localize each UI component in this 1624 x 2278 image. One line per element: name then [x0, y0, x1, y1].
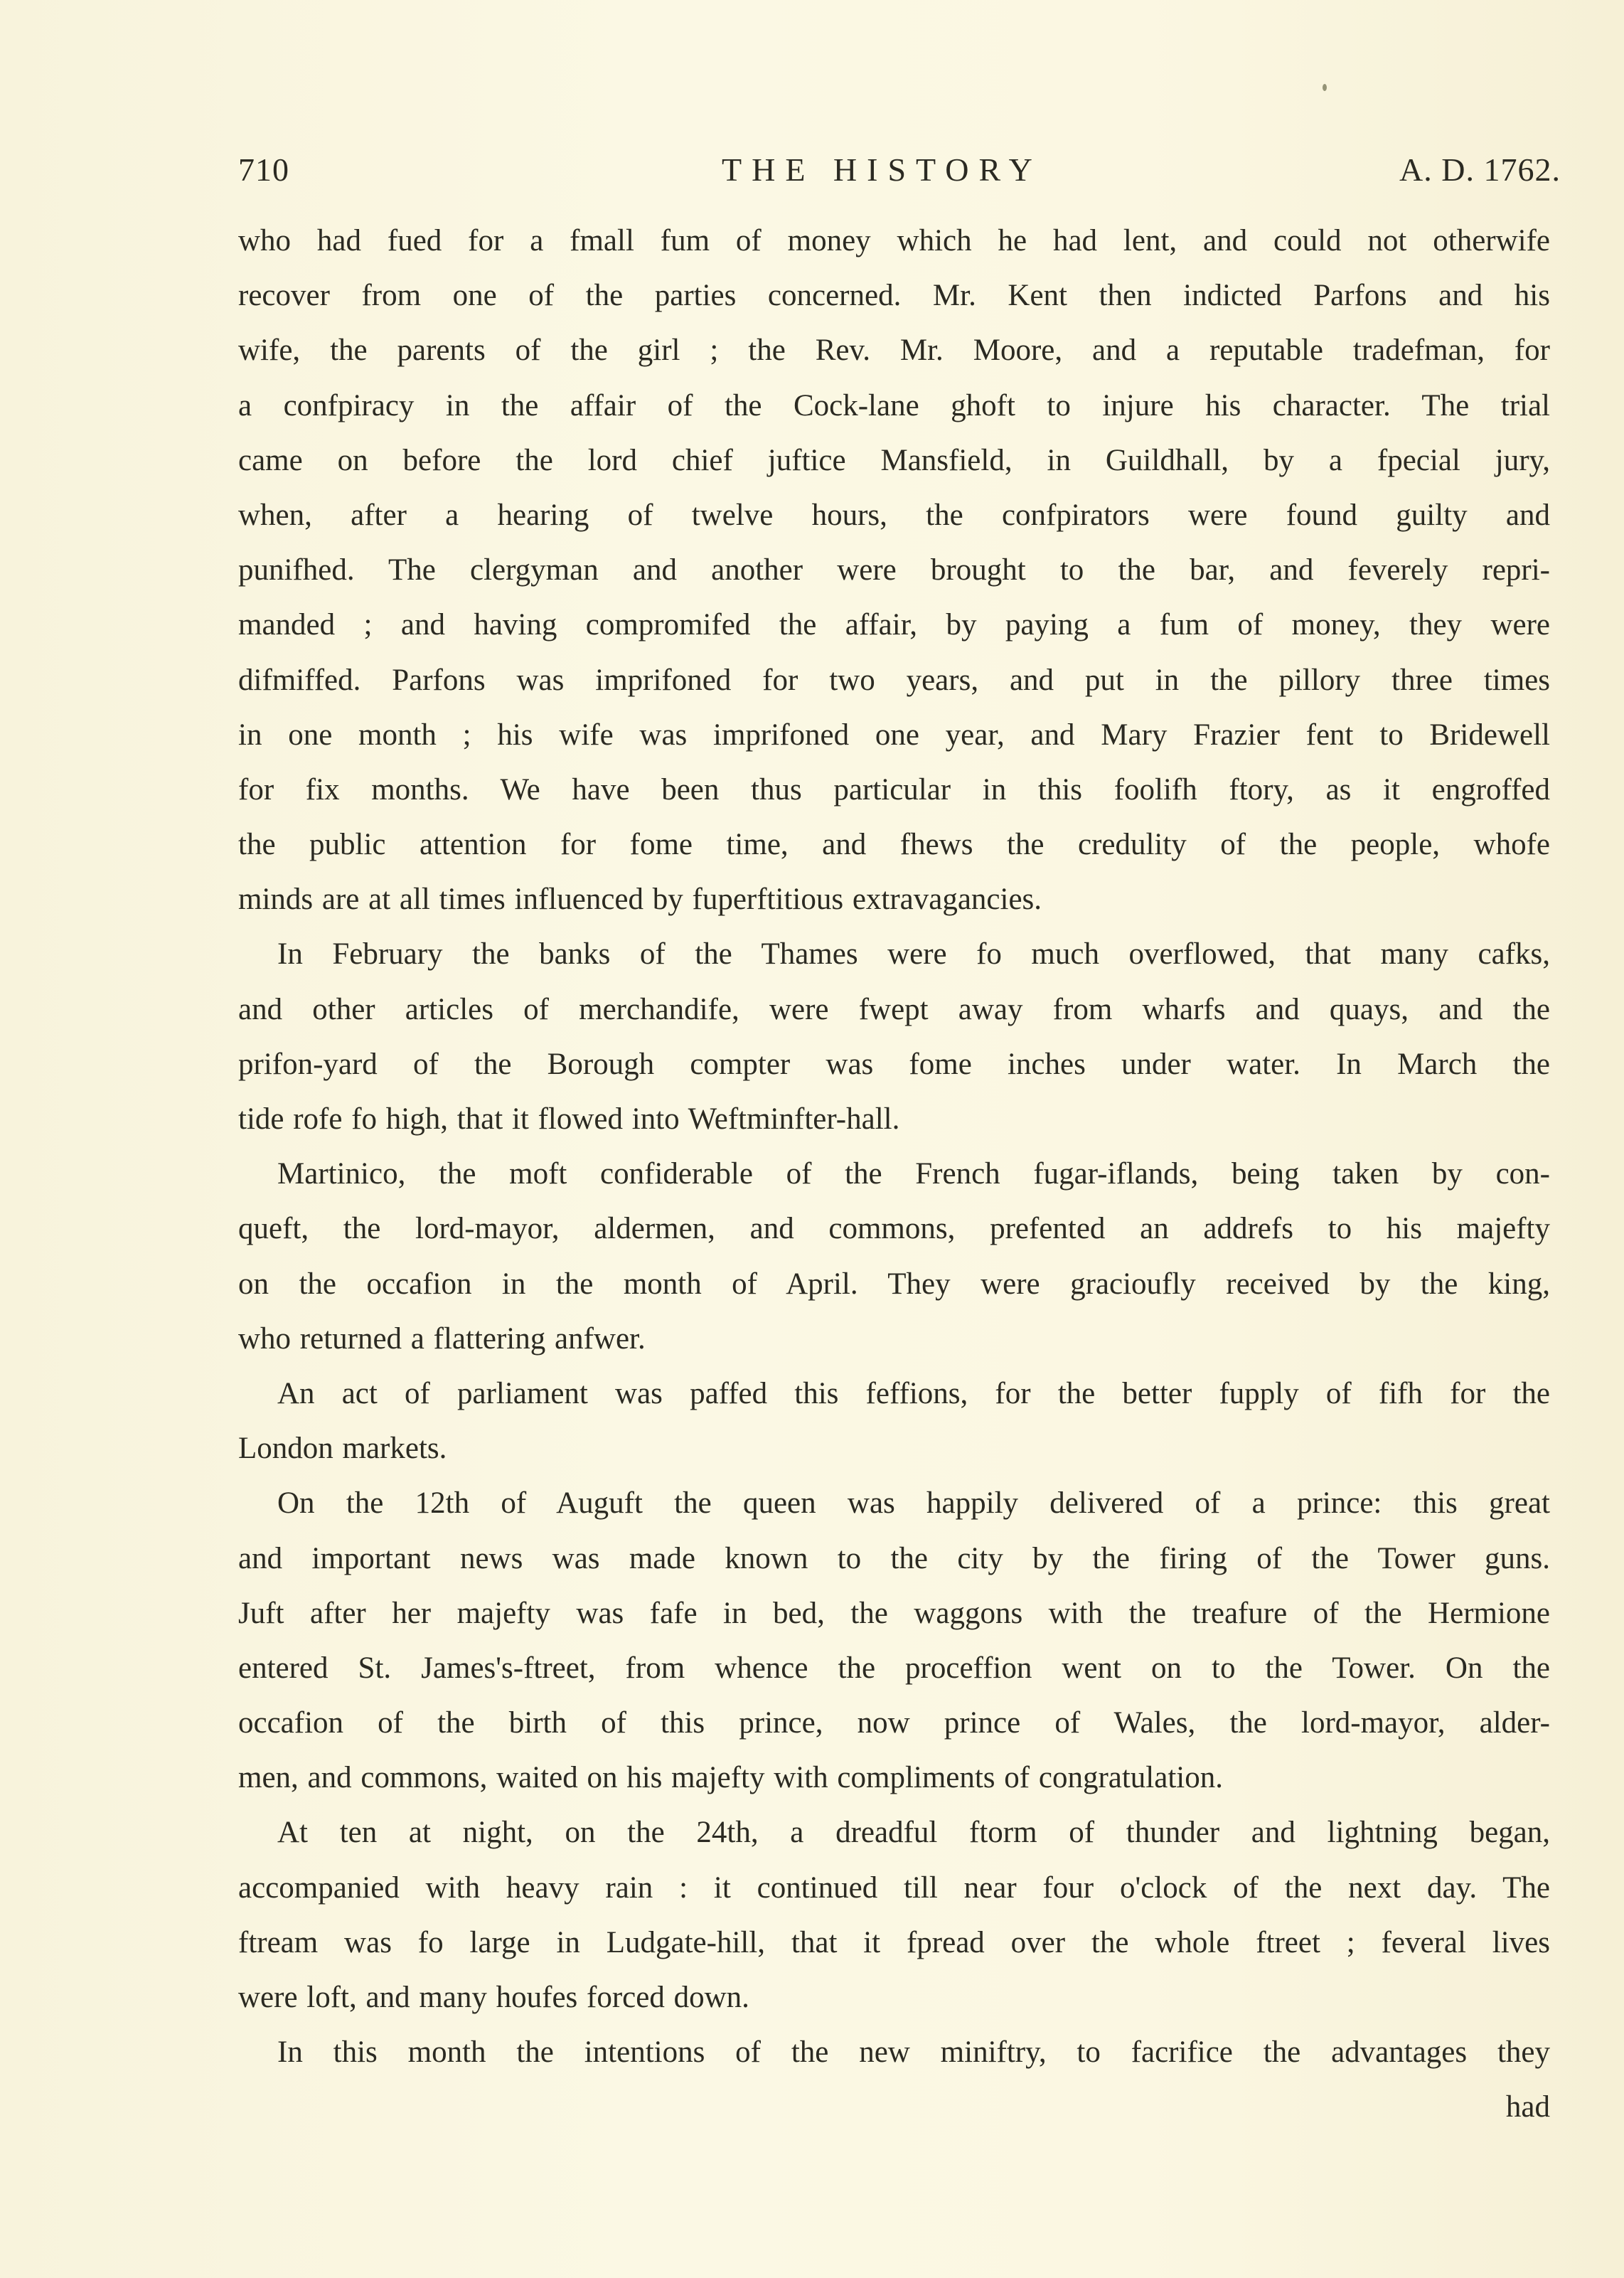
text-line: An act of parliament was paffed this fef… — [238, 1366, 1550, 1421]
text-line: In February the banks of the Thames were… — [238, 927, 1550, 981]
text-line: At ten at night, on the 24th, a dreadful… — [238, 1805, 1550, 1860]
running-header: 710 THE HISTORY A. D. 1762. — [238, 151, 1561, 193]
text-line: men, and commons, waited on his majefty … — [238, 1750, 1550, 1805]
text-line: occafion of the birth of this prince, no… — [238, 1696, 1550, 1750]
text-line: tide rofe fo high, that it flowed into W… — [238, 1092, 1550, 1146]
text-line: and important news was made known to the… — [238, 1531, 1550, 1586]
text-line: prifon-yard of the Borough compter was f… — [238, 1037, 1550, 1092]
text-line: were loft, and many houfes forced down. — [238, 1970, 1550, 2025]
text-line: In this month the intentions of the new … — [238, 2025, 1550, 2080]
running-title: THE HISTORY — [722, 151, 1042, 188]
text-line: the public attention for fome time, and … — [238, 817, 1550, 872]
text-line: wife, the parents of the girl ; the Rev.… — [238, 323, 1550, 378]
catchword: had — [238, 2080, 1550, 2134]
text-line: ftream was fo large in Ludgate-hill, tha… — [238, 1915, 1550, 1970]
paper-speck — [1323, 84, 1327, 91]
text-line: On the 12th of Auguft the queen was happ… — [238, 1476, 1550, 1531]
body-text: who had fued for a fmall fum of money wh… — [238, 213, 1550, 2135]
text-line: London markets. — [238, 1421, 1550, 1476]
text-line: who had fued for a fmall fum of money wh… — [238, 213, 1550, 268]
text-line: punifhed. The clergyman and another were… — [238, 543, 1550, 597]
text-line: recover from one of the parties concerne… — [238, 268, 1550, 323]
text-line: when, after a hearing of twelve hours, t… — [238, 488, 1550, 543]
text-line: accompanied with heavy rain : it continu… — [238, 1861, 1550, 1915]
text-line: came on before the lord chief juftice Ma… — [238, 433, 1550, 488]
text-line: who returned a flattering anfwer. — [238, 1311, 1550, 1366]
text-line: entered St. James's-ftreet, from whence … — [238, 1641, 1550, 1696]
text-line: a confpiracy in the affair of the Cock-l… — [238, 378, 1550, 433]
text-line: difmiffed. Parfons was imprifoned for tw… — [238, 653, 1550, 708]
text-line: manded ; and having compromifed the affa… — [238, 597, 1550, 652]
text-line: for fix months. We have been thus partic… — [238, 762, 1550, 817]
text-line: minds are at all times influenced by fup… — [238, 872, 1550, 927]
text-line: in one month ; his wife was imprifoned o… — [238, 708, 1550, 762]
text-line: Martinico, the moft confiderable of the … — [238, 1146, 1550, 1201]
page-number: 710 — [238, 151, 289, 188]
text-line: Juft after her majefty was fafe in bed, … — [238, 1586, 1550, 1641]
text-line: queft, the lord-mayor, aldermen, and com… — [238, 1201, 1550, 1256]
text-line: and other articles of merchandife, were … — [238, 982, 1550, 1037]
year-marker: A. D. 1762. — [1399, 151, 1561, 188]
text-line: on the occafion in the month of April. T… — [238, 1257, 1550, 1311]
